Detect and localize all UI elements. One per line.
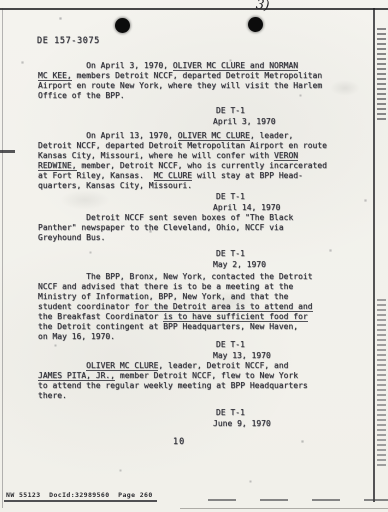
text-segment: , leader, Detroit NCCF, and <box>158 361 288 370</box>
text-segment: On April 13, 1970, <box>38 131 178 140</box>
source-id: DE T-1 <box>213 340 271 351</box>
paragraph-line: quarters, Kansas City, Missouri. <box>38 181 338 191</box>
underlined-text: OLIVER MC CLURE and NORMAN <box>173 61 298 71</box>
text-segment: , leader, <box>250 131 293 140</box>
paragraph-line: to attend the regular weekly meeting at … <box>38 381 338 391</box>
footer-text: NW 55123 DocId:32989560 Page 260 <box>4 491 157 502</box>
text-segment: to attend the regular weekly meeting at … <box>38 381 308 390</box>
document-paragraph: Detroit NCCF sent seven boxes of "The Bl… <box>38 213 338 243</box>
paragraph-line: Office of the BPP. <box>38 91 338 101</box>
document-paragraph: On April 13, 1970, OLIVER MC CLURE, lead… <box>38 131 338 191</box>
source-block: DE T-1April 3, 1970 <box>213 106 276 127</box>
underlined-text: for the Detroit area is to attend and <box>134 302 312 312</box>
text-segment: Office of the BPP. <box>38 91 125 100</box>
text-segment: at Fort Riley, Kansas. <box>38 171 154 180</box>
underlined-text: is to have sufficient food for <box>163 312 308 322</box>
source-id: DE T-1 <box>213 408 271 419</box>
text-segment: will stay at BPP Head- <box>192 171 303 180</box>
source-block: DE T-1June 9, 1970 <box>213 408 271 429</box>
text-segment: Ministry of Information, BPP, New York, … <box>38 292 288 301</box>
paragraph-line: The BPP, Bronx, New York, contacted the … <box>38 272 338 282</box>
text-segment: Panther" newspaper to the Cleveland, Ohi… <box>38 223 284 232</box>
paragraph-line: Detroit NCCF, departed Detroit Metropoli… <box>38 141 338 151</box>
text-segment: Detroit NCCF, departed Detroit Metropoli… <box>38 141 327 150</box>
paragraph-line: Ministry of Information, BPP, New York, … <box>38 292 338 302</box>
paragraph-line: Kansas City, Missouri, where he will con… <box>38 151 338 161</box>
footer-dash-line <box>208 499 388 501</box>
text-segment: the Detroit contingent at BPP Headquarte… <box>38 322 298 331</box>
paragraph-line: Detroit NCCF sent seven boxes of "The Bl… <box>38 213 338 223</box>
underlined-text: OLIVER MC CLURE <box>86 361 158 371</box>
underlined-text: JAMES PITA, JR., <box>38 371 115 381</box>
source-date: May 13, 1970 <box>213 351 271 362</box>
document-paragraph: On April 3, 1970, OLIVER MC CLURE and NO… <box>38 61 338 101</box>
text-segment: On April 3, 1970, <box>38 61 173 70</box>
source-id: DE T-1 <box>213 106 276 117</box>
paragraph-line: the Detroit contingent at BPP Headquarte… <box>38 322 338 332</box>
paragraph-line: Airport en route New York, where they wi… <box>38 81 338 91</box>
source-id: DE T-1 <box>213 249 266 260</box>
text-segment: the Breakfast Coordinator <box>38 312 163 321</box>
text-segment: quarters, Kansas City, Missouri. <box>38 181 192 190</box>
text-segment: Greyhound Bus. <box>38 233 105 242</box>
paragraph-line: Greyhound Bus. <box>38 233 338 243</box>
entries: On April 3, 1970, OLIVER MC CLURE and NO… <box>0 0 388 512</box>
text-segment: student coordinator <box>38 302 134 311</box>
source-id: DE T-1 <box>213 192 280 203</box>
text-segment: Kansas City, Missouri, where he will con… <box>38 151 274 160</box>
underlined-text: REDWINE, <box>38 161 77 171</box>
paragraph-line: NCCF and advised that there is to be a m… <box>38 282 338 292</box>
text-segment: on May 16, 1970. <box>38 332 115 341</box>
paragraph-line: Panther" newspaper to the Cleveland, Ohi… <box>38 223 338 233</box>
paragraph-line: MC KEE, members Detroit NCCF, departed D… <box>38 71 338 81</box>
underlined-text: VERON <box>274 151 298 161</box>
text-segment: Detroit NCCF sent seven boxes of "The Bl… <box>38 213 293 222</box>
source-block: DE T-1April 14, 1970 <box>213 192 280 213</box>
source-date: April 3, 1970 <box>213 117 276 128</box>
document-paragraph: OLIVER MC CLURE, leader, Detroit NCCF, a… <box>38 361 338 401</box>
paragraph-line: REDWINE, member, Detroit NCCF, who is cu… <box>38 161 338 171</box>
source-block: DE T-1May 2, 1970 <box>213 249 266 270</box>
page-number: 10 <box>173 437 185 447</box>
source-block: DE T-1May 13, 1970 <box>213 340 271 361</box>
text-segment: Airport en route New York, where they wi… <box>38 81 322 90</box>
bottom-edge-line <box>180 508 388 509</box>
underlined-text: OLIVER MC CLURE <box>178 131 250 141</box>
paragraph-line: there. <box>38 391 338 401</box>
text-segment: The BPP, Bronx, New York, contacted the … <box>38 272 313 281</box>
source-date: May 2, 1970 <box>213 260 266 271</box>
document-page: 3) DE 157-3075 On April 3, 1970, OLIVER … <box>0 0 388 512</box>
underlined-text: MC CLURE <box>154 171 193 181</box>
paragraph-line: at Fort Riley, Kansas. MC CLURE will sta… <box>38 171 338 181</box>
text-segment: members Detroit NCCF, departed Detroit M… <box>72 71 322 80</box>
paragraph-line: On April 3, 1970, OLIVER MC CLURE and NO… <box>38 61 338 71</box>
text-segment: NCCF and advised that there is to be a m… <box>38 282 293 291</box>
document-paragraph: The BPP, Bronx, New York, contacted the … <box>38 272 338 342</box>
text-segment: there. <box>38 391 67 400</box>
text-segment <box>38 361 86 370</box>
text-segment: member, Detroit NCCF, who is currently i… <box>77 161 327 170</box>
text-segment: member Detroit NCCF, flew to New York <box>115 371 298 380</box>
source-date: April 14, 1970 <box>213 203 280 214</box>
source-date: June 9, 1970 <box>213 419 271 430</box>
paragraph-line: on May 16, 1970. <box>38 332 338 342</box>
paragraph-line: JAMES PITA, JR., member Detroit NCCF, fl… <box>38 371 338 381</box>
paragraph-line: OLIVER MC CLURE, leader, Detroit NCCF, a… <box>38 361 338 371</box>
paragraph-line: On April 13, 1970, OLIVER MC CLURE, lead… <box>38 131 338 141</box>
underlined-text: MC KEE, <box>38 71 72 81</box>
paragraph-line: student coordinator for the Detroit area… <box>38 302 338 312</box>
paragraph-line: the Breakfast Coordinator is to have suf… <box>38 312 338 322</box>
